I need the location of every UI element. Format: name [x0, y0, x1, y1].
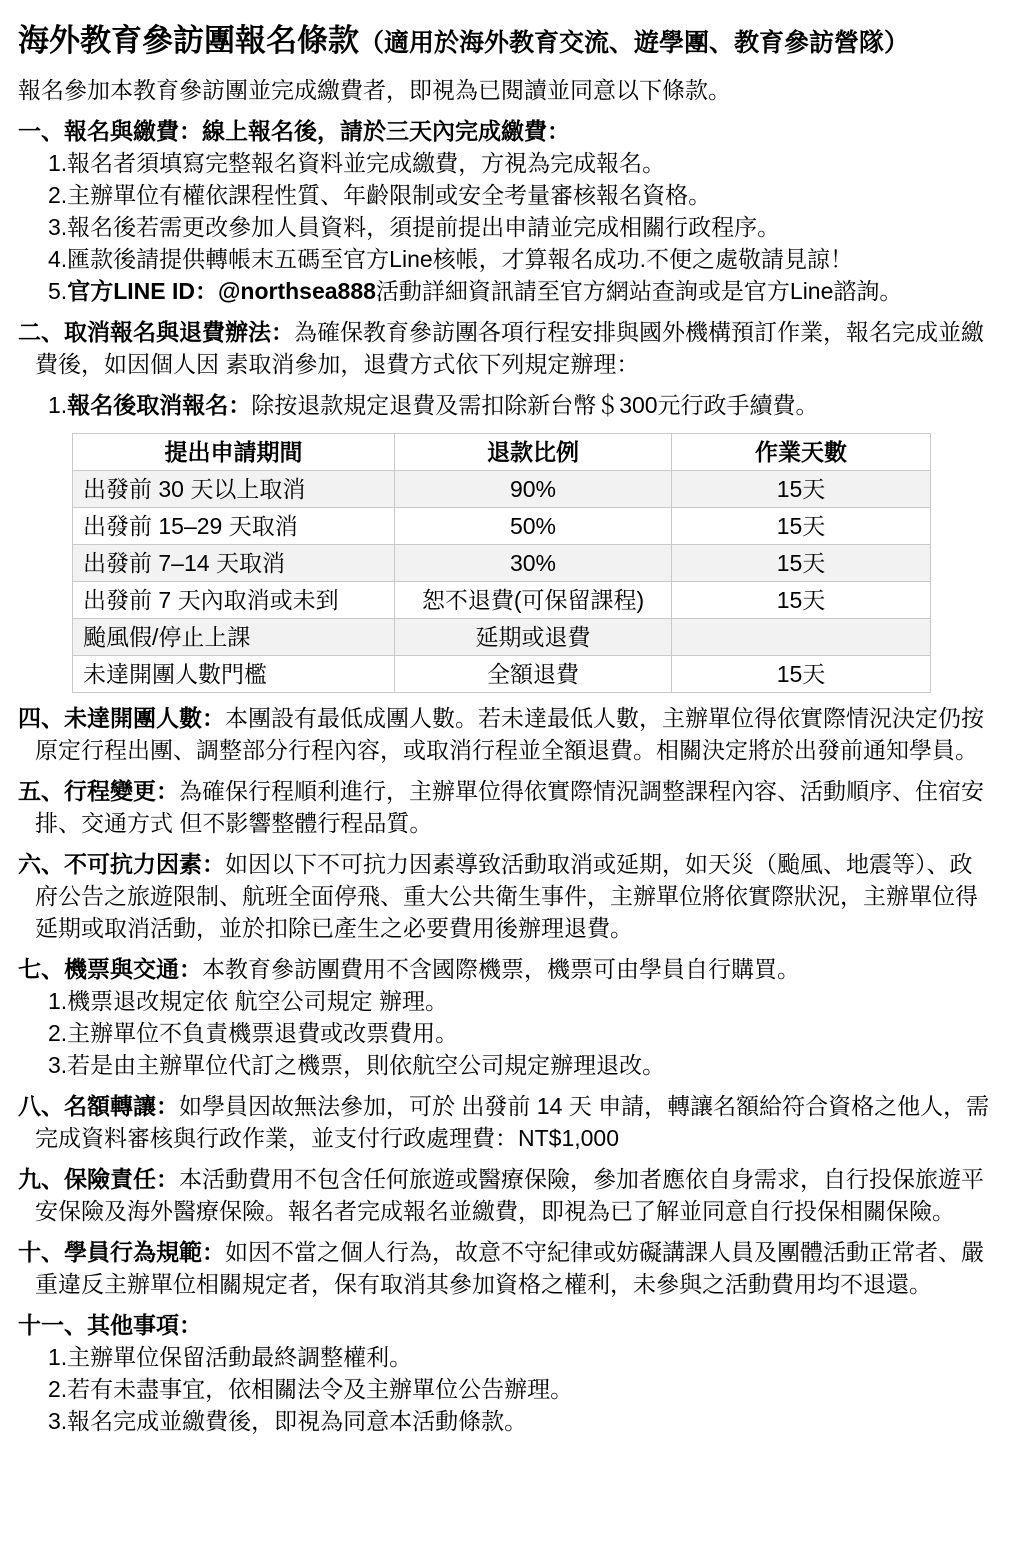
- table-row: 未達開團人數門檻 全額退費 15天: [73, 656, 931, 693]
- list-item: 2.若有未盡事宜，依相關法令及主辦單位公告辦理。: [48, 1373, 991, 1405]
- list-item: 3.報名後若需更改參加人員資料，須提前提出申請並完成相關行政程序。: [48, 211, 991, 243]
- table-cell-days: 15天: [672, 545, 931, 582]
- section-8-text: 如學員因故無法參加，可於 出發前 14 天 申請，轉讓名額給符合資格之他人，需完…: [35, 1093, 989, 1151]
- section-7: 七、機票與交通：本教育參訪團費用不含國際機票，機票可由學員自行購買。: [18, 953, 991, 985]
- section-4-label: 四、未達開團人數：: [18, 705, 225, 731]
- section-1-list: 1.報名者須填寫完整報名資料並完成繳費，方視為完成報名。 2.主辦單位有權依課程…: [18, 147, 991, 307]
- section-4: 四、未達開團人數：本團設有最低成團人數。若未達最低人數，主辦單位得依實際情況決定…: [18, 702, 991, 766]
- table-cell-ratio: 延期或退費: [395, 619, 672, 656]
- terms-document: { "title": { "main": "海外教育參訪團報名條款", "not…: [0, 0, 1009, 1546]
- section-6: 六、不可抗力因素：如因以下不可抗力因素導致活動取消或延期，如天災（颱風、地震等）…: [18, 848, 991, 944]
- line-id-bold: 官方LINE ID：@northsea888: [67, 278, 376, 304]
- cancel-rule-item: 1.報名後取消報名：除按退款規定退費及需扣除新台幣＄300元行政手續費。: [48, 389, 991, 421]
- table-header-days: 作業天數: [672, 434, 931, 471]
- page-title-note: （適用於海外教育交流、遊學團、教育參訪營隊）: [359, 29, 909, 57]
- page-title-main: 海外教育參訪團報名條款: [18, 23, 359, 58]
- table-cell-days: [672, 619, 931, 656]
- table-cell-period: 未達開團人數門檻: [73, 656, 395, 693]
- section-9-label: 九、保險責任：: [18, 1166, 179, 1192]
- table-header-row: 提出申請期間 退款比例 作業天數: [73, 434, 931, 471]
- list-item: 1.主辦單位保留活動最終調整權利。: [48, 1341, 991, 1373]
- table-row: 出發前 7 天內取消或未到 恕不退費(可保留課程) 15天: [73, 582, 931, 619]
- table-cell-period: 颱風假/停止上課: [73, 619, 395, 656]
- table-cell-ratio: 全額退費: [395, 656, 672, 693]
- cancel-rule-prefix: 1.: [48, 392, 67, 418]
- section-8-label: 八、名額轉讓：: [18, 1093, 179, 1119]
- table-cell-ratio: 30%: [395, 545, 672, 582]
- section-11-list: 1.主辦單位保留活動最終調整權利。 2.若有未盡事宜，依相關法令及主辦單位公告辦…: [18, 1341, 991, 1437]
- table-header-ratio: 退款比例: [395, 434, 672, 471]
- section-10-label: 十、學員行為規範：: [18, 1239, 225, 1265]
- page-title: 海外教育參訪團報名條款（適用於海外教育交流、遊學團、教育參訪營隊）: [18, 22, 991, 62]
- table-row: 出發前 7–14 天取消 30% 15天: [73, 545, 931, 582]
- list-item: 4.匯款後請提供轉帳末五碼至官方Line核帳，才算報名成功.不便之處敬請見諒！: [48, 243, 991, 275]
- section-8: 八、名額轉讓：如學員因故無法參加，可於 出發前 14 天 申請，轉讓名額給符合資…: [18, 1090, 991, 1154]
- list-item-line-id: 5.官方LINE ID：@northsea888活動詳細資訊請至官方網站查詢或是…: [48, 275, 991, 307]
- list-item: 3.若是由主辦單位代訂之機票，則依航空公司規定辦理退改。: [48, 1049, 991, 1081]
- table-cell-days: 15天: [672, 582, 931, 619]
- section-7-list: 1.機票退改規定依 航空公司規定 辦理。 2.主辦單位不負責機票退費或改票費用。…: [18, 985, 991, 1081]
- section-2-list: 1.報名後取消報名：除按退款規定退費及需扣除新台幣＄300元行政手續費。: [18, 389, 991, 421]
- table-cell-days: 15天: [672, 508, 931, 545]
- section-1-heading: 一、報名與繳費：線上報名後，請於三天內完成繳費：: [18, 115, 991, 147]
- section-5: 五、行程變更：為確保行程順利進行，主辦單位得依實際情況調整課程內容、活動順序、住…: [18, 775, 991, 839]
- table-header-period: 提出申請期間: [73, 434, 395, 471]
- line-id-rest: 活動詳細資訊請至官方網站查詢或是官方Line諮詢。: [376, 278, 902, 304]
- cancel-rule-text: 除按退款規定退費及需扣除新台幣＄300元行政手續費。: [251, 392, 818, 418]
- table-cell-ratio: 恕不退費(可保留課程): [395, 582, 672, 619]
- line-id-prefix: 5.: [48, 278, 67, 304]
- list-item: 1.機票退改規定依 航空公司規定 辦理。: [48, 985, 991, 1017]
- table-cell-days: 15天: [672, 471, 931, 508]
- refund-table: 提出申請期間 退款比例 作業天數 出發前 30 天以上取消 90% 15天 出發…: [72, 433, 931, 693]
- section-9: 九、保險責任：本活動費用不包含任何旅遊或醫療保險，參加者應依自身需求，自行投保旅…: [18, 1163, 991, 1227]
- list-item: 2.主辦單位不負責機票退費或改票費用。: [48, 1017, 991, 1049]
- table-cell-ratio: 50%: [395, 508, 672, 545]
- cancel-rule-label: 報名後取消報名：: [67, 392, 251, 418]
- table-row: 颱風假/停止上課 延期或退費: [73, 619, 931, 656]
- table-cell-period: 出發前 30 天以上取消: [73, 471, 395, 508]
- section-7-text: 本教育參訪團費用不含國際機票，機票可由學員自行購買。: [202, 956, 800, 982]
- table-cell-period: 出發前 7 天內取消或未到: [73, 582, 395, 619]
- table-row: 出發前 15–29 天取消 50% 15天: [73, 508, 931, 545]
- section-2: 二、取消報名與退費辦法：為確保教育參訪團各項行程安排與國外機構預訂作業，報名完成…: [18, 316, 991, 380]
- list-item: 2.主辦單位有權依課程性質、年齡限制或安全考量審核報名資格。: [48, 179, 991, 211]
- table-cell-period: 出發前 15–29 天取消: [73, 508, 395, 545]
- table-cell-ratio: 90%: [395, 471, 672, 508]
- section-11-heading: 十一、其他事項：: [18, 1309, 991, 1341]
- section-2-label: 二、取消報名與退費辦法：: [18, 319, 294, 345]
- section-5-label: 五、行程變更：: [18, 778, 179, 804]
- list-item: 1.報名者須填寫完整報名資料並完成繳費，方視為完成報名。: [48, 147, 991, 179]
- section-7-label: 七、機票與交通：: [18, 956, 202, 982]
- intro-text: 報名參加本教育參訪團並完成繳費者，即視為已閱讀並同意以下條款。: [18, 74, 991, 106]
- section-6-label: 六、不可抗力因素：: [18, 851, 225, 877]
- table-cell-period: 出發前 7–14 天取消: [73, 545, 395, 582]
- list-item: 3.報名完成並繳費後，即視為同意本活動條款。: [48, 1405, 991, 1437]
- table-cell-days: 15天: [672, 656, 931, 693]
- table-row: 出發前 30 天以上取消 90% 15天: [73, 471, 931, 508]
- section-10: 十、學員行為規範：如因不當之個人行為，故意不守紀律或妨礙講課人員及團體活動正常者…: [18, 1236, 991, 1300]
